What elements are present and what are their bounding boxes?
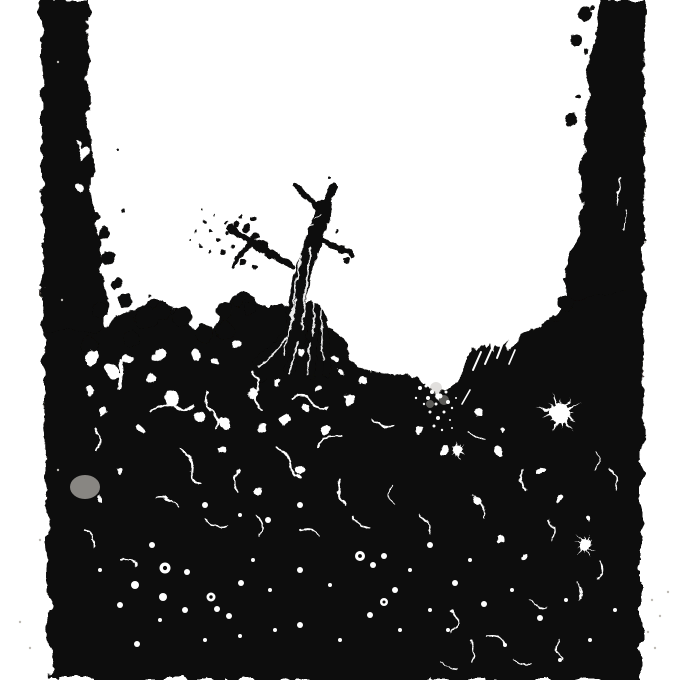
spatter-dot <box>225 231 229 235</box>
white-dot <box>214 606 220 612</box>
ink-blob <box>554 318 558 322</box>
white-dot <box>381 553 387 559</box>
white-dot <box>297 567 303 573</box>
spray-white-dot <box>429 411 432 414</box>
white-cell <box>100 408 108 416</box>
ink-blob <box>132 318 136 322</box>
white-dot <box>398 628 402 632</box>
spatter-dot <box>195 231 197 233</box>
white-cell <box>296 466 304 474</box>
spatter-dot <box>213 213 215 215</box>
spray-white-dot <box>451 427 453 429</box>
ink-blob <box>117 149 120 152</box>
spray-white-dot <box>436 416 440 420</box>
margin-speck <box>659 615 661 617</box>
ink-blob <box>584 50 588 54</box>
spatter-dot <box>201 208 203 210</box>
spray-white-dot <box>455 397 457 399</box>
white-dot <box>265 517 271 523</box>
white-cell <box>358 378 366 386</box>
white-cell <box>302 404 310 412</box>
margin-speck <box>57 469 59 471</box>
ink-blob <box>244 303 256 315</box>
white-dot <box>182 607 188 613</box>
white-dot <box>613 608 617 612</box>
spatter-dot <box>199 245 202 248</box>
margin-speck <box>61 299 63 301</box>
ring-center <box>382 600 385 603</box>
margin-speck <box>654 647 656 649</box>
white-dot <box>158 618 162 622</box>
white-dot <box>117 602 123 608</box>
spatter-dot <box>243 224 251 232</box>
ink-blob <box>98 227 110 239</box>
spatter-dot <box>219 249 225 255</box>
ground-mass <box>44 291 641 680</box>
white-cell <box>536 466 544 474</box>
white-dot <box>328 583 332 587</box>
margin-speck <box>19 621 21 623</box>
ring-center <box>209 595 212 598</box>
tree-limb <box>322 322 327 373</box>
white-dot <box>149 542 155 548</box>
white-cell <box>497 537 503 543</box>
ink-blob <box>576 94 580 98</box>
margin-speck <box>647 631 649 633</box>
ink-blob <box>153 303 171 321</box>
white-dot <box>134 641 140 647</box>
starburst-core <box>550 403 569 422</box>
ink-blob <box>121 209 124 212</box>
ink-blob <box>172 307 192 327</box>
spray-white-dot <box>425 385 428 388</box>
white-cell <box>136 426 144 434</box>
white-cell <box>212 358 220 366</box>
white-cell <box>296 348 304 356</box>
starburst-core <box>579 539 590 550</box>
white-dot <box>297 502 303 508</box>
white-cell <box>106 366 118 378</box>
white-cell <box>86 386 94 394</box>
white-cell <box>231 339 241 349</box>
white-dot <box>452 580 458 586</box>
spatter-dot <box>189 239 191 241</box>
spray-white-dot <box>435 403 438 406</box>
margin-speck <box>651 599 653 601</box>
ink-blob <box>337 231 340 234</box>
white-dot <box>203 638 207 642</box>
white-dot <box>131 581 139 589</box>
ink-blob <box>216 303 232 319</box>
white-cell <box>280 414 292 426</box>
spray-white-dot <box>426 396 430 400</box>
starburst-core <box>453 445 463 455</box>
ink-blob <box>195 324 213 342</box>
margin-speck <box>39 539 41 541</box>
spray-white-dot <box>415 397 417 399</box>
white-dot <box>98 568 102 572</box>
white-cell <box>337 369 343 375</box>
white-cell <box>440 448 448 456</box>
white-dot <box>238 513 242 517</box>
white-cell <box>273 379 279 385</box>
white-cell <box>587 517 593 523</box>
white-dot <box>297 622 303 628</box>
spray-white-dot <box>433 425 436 428</box>
white-cell <box>257 425 267 435</box>
white-cell <box>220 418 232 430</box>
white-cell <box>495 447 505 457</box>
ink-blob <box>101 251 115 265</box>
white-dot <box>184 569 190 575</box>
white-dot <box>446 628 450 632</box>
spatter-dot <box>209 229 212 232</box>
white-cell <box>123 355 133 365</box>
white-cell <box>193 411 203 421</box>
ink-blob <box>92 302 108 318</box>
ink-blob <box>216 322 234 340</box>
white-cell <box>345 395 355 405</box>
white-cell <box>191 351 201 361</box>
white-dot <box>392 587 398 593</box>
white-cell <box>521 553 527 559</box>
spray-white-dot <box>441 381 447 387</box>
white-dot <box>408 568 412 572</box>
margin-speck <box>29 647 31 649</box>
white-cell <box>499 429 505 435</box>
ring-center <box>358 554 362 558</box>
ink-blob <box>570 34 582 46</box>
white-cell <box>416 426 424 434</box>
spatter-dot <box>203 220 207 224</box>
spatter-dot <box>217 238 222 243</box>
white-cell <box>321 425 331 435</box>
white-cell <box>165 391 179 405</box>
spray-white-dot <box>445 391 448 394</box>
white-dot <box>468 558 472 562</box>
white-cell <box>410 342 418 350</box>
spatter-dot <box>250 216 255 221</box>
spatter-dot <box>240 259 246 265</box>
white-dot <box>251 558 255 562</box>
ink-blob <box>558 295 574 311</box>
ink-blob <box>564 278 569 283</box>
spray-white-dot <box>418 386 422 390</box>
white-cell <box>474 408 482 416</box>
spatter-dot <box>225 221 228 224</box>
white-dot <box>238 634 242 638</box>
white-dot <box>588 638 592 642</box>
ink-blob <box>123 331 139 347</box>
white-dot <box>558 658 562 662</box>
white-dot <box>226 613 232 619</box>
ink-print-artwork <box>0 0 680 680</box>
white-dot <box>367 612 373 618</box>
white-dot <box>564 598 568 602</box>
spatter-dot <box>230 244 234 248</box>
white-cell <box>315 387 321 393</box>
white-dot <box>428 608 432 612</box>
white-cell <box>216 446 224 454</box>
artwork-canvas <box>0 0 680 680</box>
white-cell <box>557 497 563 503</box>
ink-blob <box>231 294 245 308</box>
white-dot <box>159 593 167 601</box>
ground-mass-shape <box>44 291 641 680</box>
smudge-mark <box>70 475 100 499</box>
white-cell <box>257 487 263 493</box>
ink-blob <box>149 295 152 298</box>
white-dot <box>537 615 543 621</box>
white-dot <box>238 580 244 586</box>
margin-speck <box>57 61 59 63</box>
margin-speck <box>667 591 669 593</box>
white-cell <box>85 351 99 365</box>
white-cell <box>148 374 156 382</box>
white-cell <box>97 497 103 503</box>
spray-white-dot <box>423 403 425 405</box>
white-dot <box>427 542 433 548</box>
white-dot <box>268 588 272 592</box>
spray-white-dot <box>430 390 434 394</box>
gray-smudge <box>70 475 100 499</box>
white-dot <box>338 638 342 642</box>
ink-blob <box>91 211 101 221</box>
white-dot <box>510 588 514 592</box>
spray-white-dot <box>443 411 446 414</box>
white-cell <box>331 357 337 363</box>
white-cell <box>154 350 166 362</box>
ink-blob <box>344 259 349 264</box>
ink-blob <box>111 277 123 289</box>
spatter-dot <box>208 250 212 254</box>
ring-center <box>163 566 167 570</box>
spatter-dot <box>253 266 257 270</box>
ink-blob <box>327 177 330 180</box>
spatter-dot <box>239 215 243 219</box>
white-dot <box>503 643 507 647</box>
spray-white-dot <box>438 394 443 399</box>
spray-white-dot <box>441 429 443 431</box>
ink-blob <box>590 6 594 10</box>
spray-white-dot <box>426 376 434 384</box>
white-dot <box>202 502 208 508</box>
spray-white-dot <box>435 371 441 377</box>
spray-white-dot <box>449 419 451 421</box>
ink-blob <box>565 114 577 126</box>
white-dot <box>273 628 277 632</box>
spray-white-dot <box>451 407 453 409</box>
margin-speck <box>644 241 646 243</box>
white-cell <box>76 184 84 192</box>
ink-blob <box>578 7 592 21</box>
white-dot <box>370 562 376 568</box>
ink-blob <box>118 294 132 308</box>
spray-white-dot <box>446 400 450 404</box>
white-cell <box>117 467 123 473</box>
spray-gray-dot <box>426 400 434 408</box>
white-dot <box>481 601 487 607</box>
white-cell <box>443 347 453 357</box>
